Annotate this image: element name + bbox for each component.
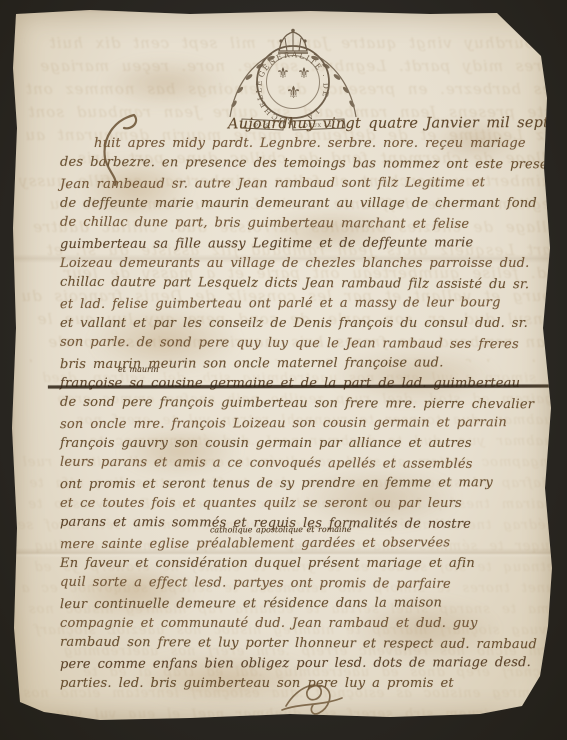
manuscript-line-text: son oncle mre. françois Loizeau son cous… [60, 415, 507, 432]
manuscript-line: et vallant et par les conseilz de Denis … [60, 314, 557, 334]
manuscript-line-text: de sond pere françois guimberteau son fr… [60, 395, 534, 412]
manuscript-line: catholique apostolique et romaine mere s… [60, 533, 557, 555]
manuscript-line: et lad. felise guimberteau ont parlé et … [60, 293, 557, 315]
manuscript-line-text: compagnie et communauté dud. Jean rambau… [60, 616, 478, 631]
manuscript-line: de chillac dune part, bris guimberteau m… [60, 213, 557, 236]
manuscript-line: et ce toutes fois et quantes quilz se se… [60, 494, 557, 514]
manuscript-line-text: françoise sa cousine germaine et de la p… [60, 376, 520, 391]
manuscript-line-text: chillac dautre part Lesquelz dicts Jean … [60, 275, 529, 292]
manuscript-line-text: parties. led. bris guimberteau son pere … [60, 676, 454, 691]
manuscript-line: compagnie et communauté dud. Jean rambau… [60, 614, 557, 634]
manuscript-line: des barbezre. en presence des temoings b… [60, 153, 557, 176]
manuscript-line-text: et ce toutes fois et quantes quilz se se… [60, 496, 462, 511]
manuscript-line-text: Jean rambeaud sr. autre Jean rambaud son… [60, 175, 485, 192]
manuscript-line-text: guimberteau sa fille aussy Legitime et d… [60, 235, 473, 252]
manuscript-line: huit apres midy pardt. Legnbre. serbre. … [60, 134, 557, 154]
manuscript-line-text: et lad. felise guimberteau ont parlé et … [60, 295, 501, 312]
manuscript-line: de deffeunte marie maurin demeurant au v… [60, 194, 557, 214]
manuscript-line: rambaud son frere et luy porter lhonneur… [60, 633, 557, 656]
manuscript-line-text: son parle. de sond pere quy luy que le J… [60, 335, 519, 352]
manuscript-line-text: des barbezre. en presence des temoings b… [60, 155, 557, 173]
manuscript-line: Jean rambeaud sr. autre Jean rambaud son… [60, 173, 557, 195]
manuscript-line: Aujourdhuy vingt quatre Janvier mil sept… [60, 113, 557, 135]
manuscript-line-text: françois gauvry son cousin germain par a… [60, 436, 472, 451]
manuscript-line: chillac dautre part Lesquelz dicts Jean … [60, 273, 557, 296]
fleur-de-lis-icon: ⚜ [276, 64, 289, 82]
fleur-de-lis-icon: ⚜ [297, 64, 310, 82]
manuscript-line: guimberteau sa fille aussy Legitime et d… [60, 233, 557, 255]
manuscript-line: Loizeau demeurants au village de chezles… [60, 254, 557, 274]
manuscript-line-text: En faveur et considération duquel présen… [60, 556, 475, 571]
manuscript-line-text: ont promis et seront tenus de sy prendre… [60, 475, 493, 492]
manuscript-line-text: pere comme enfans bien obligez pour lesd… [60, 655, 531, 672]
interlinear-insertion: et maurin [118, 366, 159, 374]
manuscript-line-text: leurs parans et amis a ce convoqués apel… [60, 455, 473, 472]
manuscript-line-text: et vallant et par les conseilz de Denis … [60, 316, 528, 331]
manuscript-line: son oncle mre. françois Loizeau son cous… [60, 413, 557, 435]
manuscript-line-text: Aujourdhuy vingt quatre Janvier mil sept… [228, 115, 557, 133]
manuscript-line: de sond pere françois guimberteau son fr… [60, 393, 557, 416]
manuscript-line: pere comme enfans bien obligez pour lesd… [60, 653, 557, 675]
manuscript-line: En faveur et considération duquel présen… [60, 554, 557, 574]
manuscript-line-text: leur continuelle demeure et résidence da… [60, 595, 442, 612]
manuscript-line: ont promis et seront tenus de sy prendre… [60, 473, 557, 495]
manuscript-line-text: huit apres midy pardt. Legnbre. serbre. … [94, 136, 526, 151]
manuscript-text: Aujourdhuy vingt quatre Janvier mil sept… [60, 114, 557, 694]
manuscript-line: quil sorte a effect lesd. partyes ont pr… [60, 573, 557, 596]
manuscript-line: leurs parans et amis a ce convoqués apel… [60, 453, 557, 476]
interlinear-insertion: catholique apostolique et romaine [210, 526, 352, 535]
manuscript-line-text: Loizeau demeurants au village de chezles… [60, 256, 530, 271]
manuscript-line: leur continuelle demeure et résidence da… [60, 593, 557, 615]
manuscript-line-text: de chillac dune part, bris guimberteau m… [60, 215, 469, 232]
manuscript-line: son parle. de sond pere quy luy que le J… [60, 333, 557, 356]
manuscript-line: françois gauvry son cousin germain par a… [60, 434, 557, 454]
fleur-de-lis-icon: ⚜ [286, 83, 301, 103]
crown-icon [278, 29, 308, 53]
manuscript-page: Aujourdhuy vingt quatre Janvier mil sept… [10, 8, 557, 724]
manuscript-line-text: mere sainte eglise préalablement gardées… [60, 535, 450, 552]
manuscript-line-text: rambaud son frere et luy porter lhonneur… [60, 635, 537, 652]
manuscript-line-text: quil sorte a effect lesd. partyes ont pr… [60, 575, 451, 592]
manuscript-line-text: de deffeunte marie maurin demeurant au v… [60, 196, 537, 211]
